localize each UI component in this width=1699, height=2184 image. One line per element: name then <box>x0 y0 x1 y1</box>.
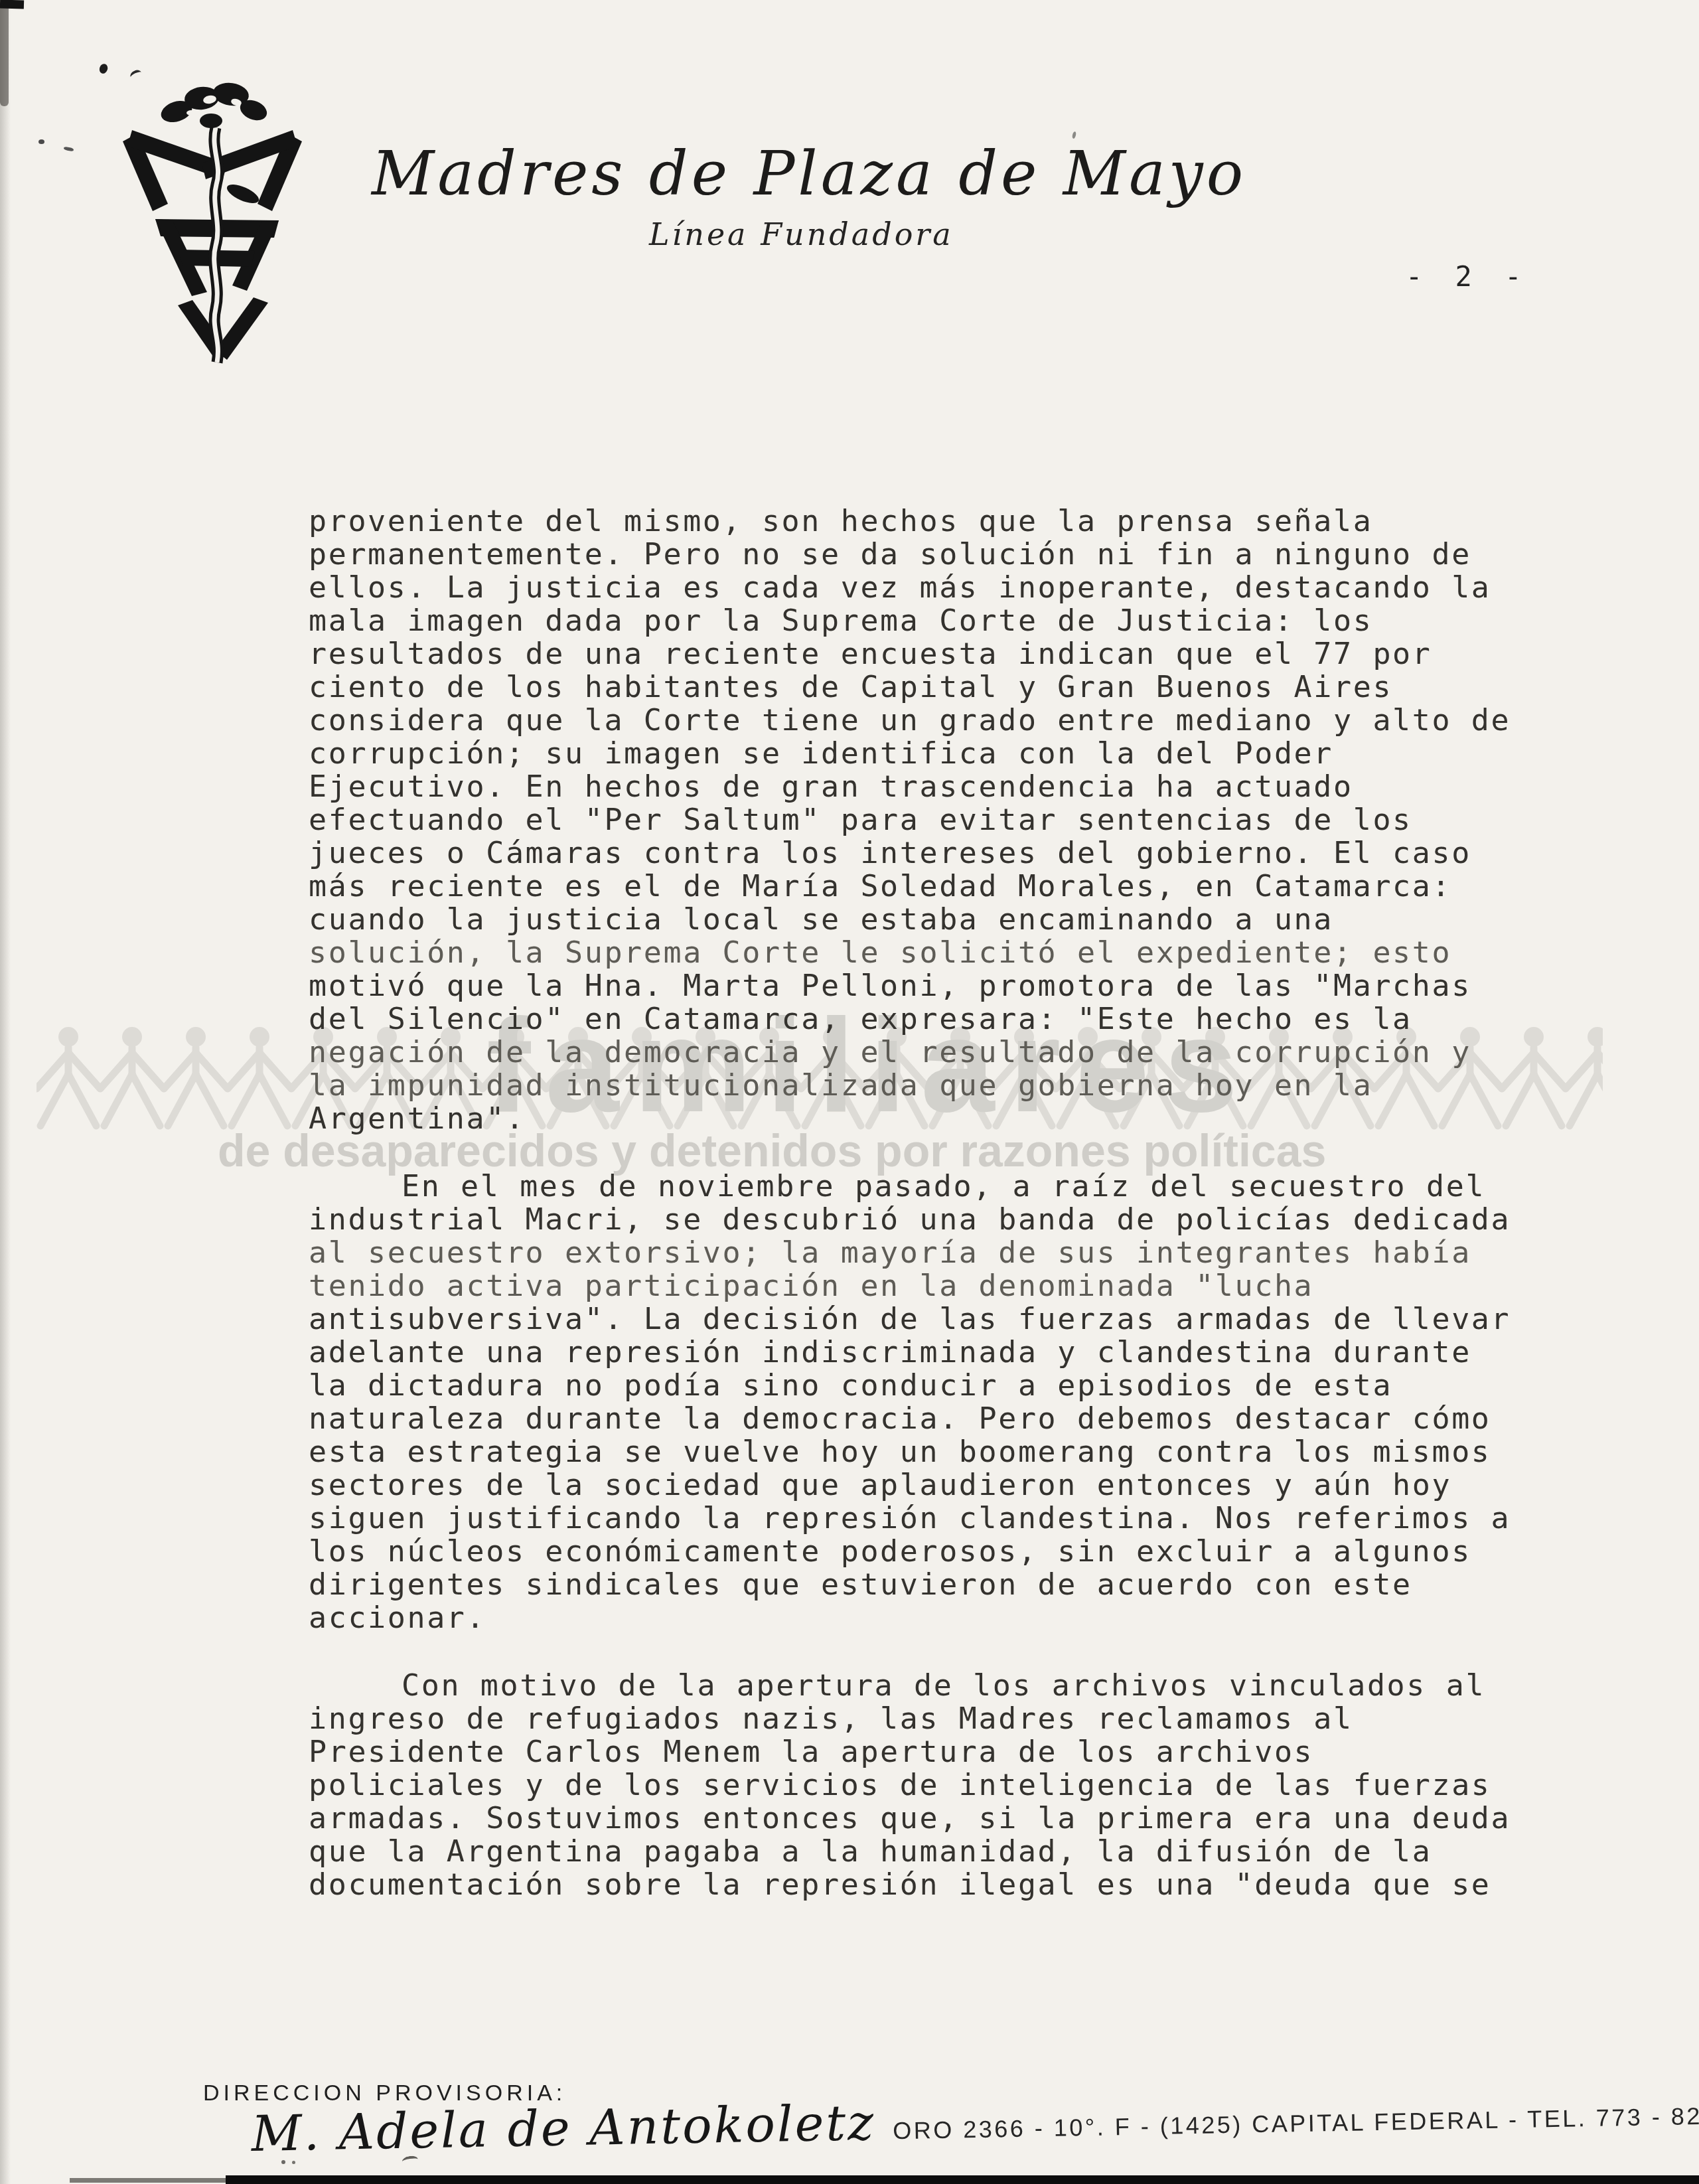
scan-edge-shadow <box>0 0 11 2184</box>
body-line: ciento de los habitantes de Capital y Gr… <box>309 670 1570 704</box>
body-line: industrial Macri, se descubrió una banda… <box>309 1203 1570 1236</box>
scan-artifact <box>64 146 74 151</box>
body-line: accionar. <box>309 1601 1570 1634</box>
body-line: permanentemente. Pero no se da solución … <box>309 538 1570 571</box>
body-line: dirigentes sindicales que estuvieron de … <box>309 1568 1570 1601</box>
body-line: la impunidad institucionalizada que gobi… <box>309 1069 1570 1102</box>
scan-bottom-bar-fade <box>70 2178 226 2183</box>
body-line: resultados de una reciente encuesta indi… <box>309 637 1570 670</box>
body-line: Argentina". <box>309 1102 1570 1135</box>
body-line: esta estrategia se vuelve hoy un boomera… <box>309 1435 1570 1468</box>
scan-artifact <box>0 0 24 9</box>
body-line: ingreso de refugiados nazis, las Madres … <box>309 1702 1570 1735</box>
scan-bottom-bar <box>226 2175 1699 2184</box>
body-line: ellos. La justicia es cada vez más inope… <box>309 571 1570 604</box>
body-line: siguen justificando la represión clandes… <box>309 1502 1570 1535</box>
body-line: naturaleza durante la democracia. Pero d… <box>309 1402 1570 1435</box>
org-name: Madres de Plaza de Mayo <box>372 138 1115 209</box>
madres-mf-monogram-carnation-icon <box>80 53 319 385</box>
body-paragraph: En el mes de noviembre pasado, a raíz de… <box>309 1170 1570 1634</box>
body-line: negación de la democracia y el resultado… <box>309 1036 1570 1069</box>
body-line: la dictadura no podía sino conducir a ep… <box>309 1369 1570 1402</box>
footer-contact-name: M. Adela de Antokoletz <box>251 2094 876 2163</box>
body-line: Con motivo de la apertura de los archivo… <box>309 1669 1570 1702</box>
footer-street-address: ORO 2366 - 10°. F - (1425) CAPITAL FEDER… <box>893 2102 1699 2145</box>
body-line: mala imagen dada por la Suprema Corte de… <box>309 604 1570 637</box>
body-paragraph: Con motivo de la apertura de los archivo… <box>309 1669 1570 1901</box>
org-subtitle: Línea Fundadora <box>649 216 954 252</box>
body-line: corrupción; su imagen se identifica con … <box>309 737 1570 770</box>
scan-artifact <box>38 139 44 144</box>
body-line: antisubversiva". La decisión de las fuer… <box>309 1302 1570 1336</box>
body-line: solución, la Suprema Corte le solicitó e… <box>309 936 1570 969</box>
body-line: proveniente del mismo, son hechos que la… <box>309 505 1570 538</box>
body-paragraph: proveniente del mismo, son hechos que la… <box>309 505 1570 1135</box>
body-line: sectores de la sociedad que aplaudieron … <box>309 1468 1570 1502</box>
body-line: tenido activa participación en la denomi… <box>309 1269 1570 1302</box>
body-line: armadas. Sostuvimos entonces que, si la … <box>309 1802 1570 1835</box>
page-number: - 2 - <box>1406 260 1529 293</box>
body-line: los núcleos económicamente poderosos, si… <box>309 1535 1570 1568</box>
body-line: jueces o Cámaras contra los intereses de… <box>309 836 1570 870</box>
body-line: más reciente es el de María Soledad Mora… <box>309 870 1570 903</box>
scanned-letter-page: Madres de Plaza de Mayo Línea Fundadora … <box>0 0 1699 2184</box>
body-line: adelante una represión indiscriminada y … <box>309 1336 1570 1369</box>
body-line: del Silencio" en Catamarca, expresara: "… <box>309 1002 1570 1036</box>
body-text: proveniente del mismo, son hechos que la… <box>309 505 1570 1901</box>
body-line: Presidente Carlos Menem la apertura de l… <box>309 1735 1570 1768</box>
body-line: efectuando el "Per Saltum" para evitar s… <box>309 803 1570 836</box>
body-line: considera que la Corte tiene un grado en… <box>309 704 1570 737</box>
body-line: documentación sobre la represión ilegal … <box>309 1868 1570 1901</box>
body-line: al secuestro extorsivo; la mayoría de su… <box>309 1236 1570 1269</box>
body-line: motivó que la Hna. Marta Pelloni, promot… <box>309 969 1570 1002</box>
body-line: policiales y de los servicios de intelig… <box>309 1768 1570 1802</box>
body-line: que la Argentina pagaba a la humanidad, … <box>309 1835 1570 1868</box>
body-line: En el mes de noviembre pasado, a raíz de… <box>309 1170 1570 1203</box>
body-line: Ejecutivo. En hechos de gran trascendenc… <box>309 770 1570 803</box>
scan-edge-smudge <box>0 0 9 106</box>
body-line: cuando la justicia local se estaba encam… <box>309 903 1570 936</box>
